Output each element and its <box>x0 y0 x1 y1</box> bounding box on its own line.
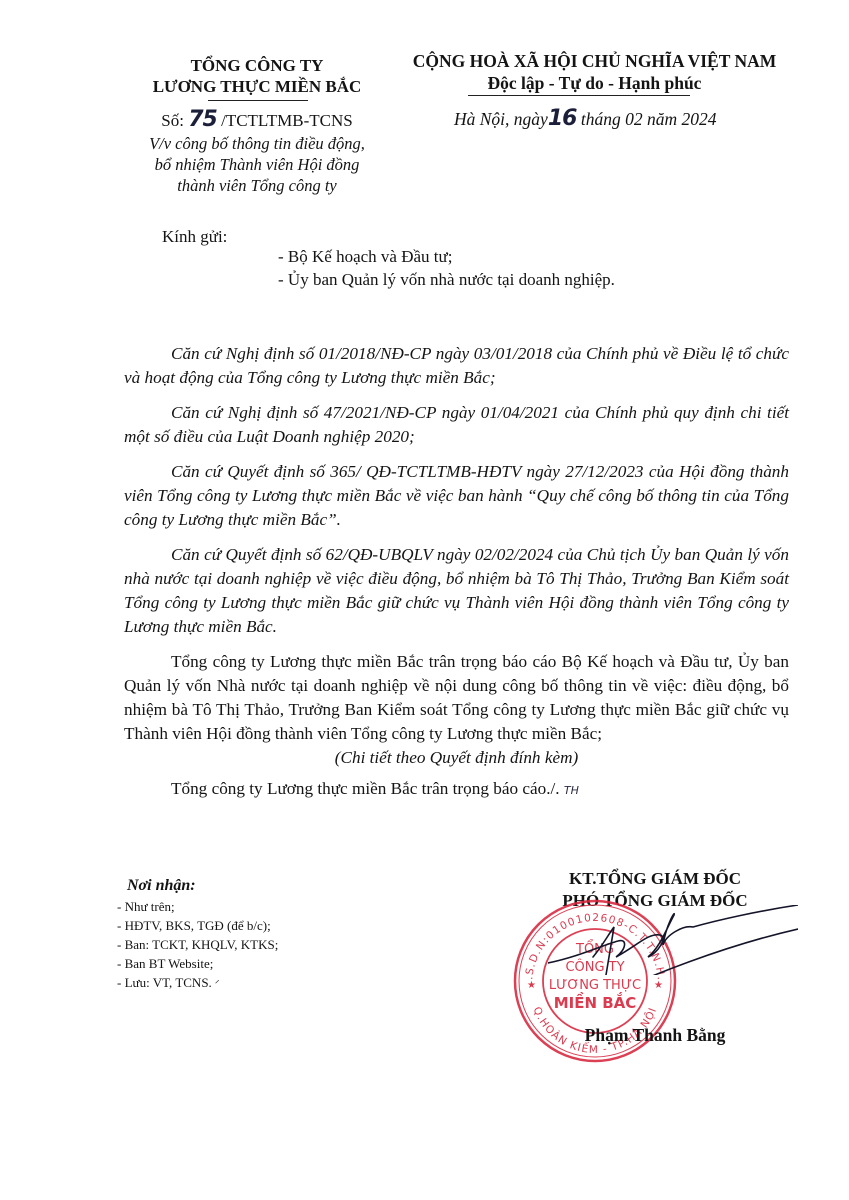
distribution-item: - HĐTV, BKS, TGĐ (để b/c); <box>117 916 278 935</box>
date-prefix: Hà Nội, ngày <box>454 109 548 129</box>
distribution-list: - Như trên; - HĐTV, BKS, TGĐ (để b/c); -… <box>117 897 278 994</box>
legal-basis-paragraph: Căn cứ Quyết định số 365/ QĐ-TCTLTMB-HĐT… <box>124 460 789 532</box>
svg-text:MIỀN BẮC: MIỀN BẮC <box>554 991 637 1012</box>
national-heading: CỘNG HOÀ XÃ HỘI CHỦ NGHĨA VIỆT NAM Độc l… <box>402 50 787 94</box>
distribution-item: - Lưu: VT, TCNS. <box>117 975 212 990</box>
recipient-item: - Ủy ban Quản lý vốn nhà nước tại doanh … <box>278 268 615 291</box>
distribution-item: - Ban BT Website; <box>117 954 278 973</box>
place-and-date: Hà Nội, ngày16 tháng 02 năm 2024 <box>440 107 794 131</box>
national-motto: Độc lập - Tự do - Hạnh phúc <box>402 72 787 94</box>
closing-text: Tổng công ty Lương thực miền Bắc trân tr… <box>171 779 560 798</box>
subject-line: thành viên Tổng công ty <box>112 175 402 196</box>
handwritten-tick-icon: ᐟ <box>215 979 219 990</box>
subject-line: bổ nhiệm Thành viên Hội đồng <box>112 154 402 175</box>
motto-underline <box>468 95 690 96</box>
doc-number-prefix: Số: <box>161 111 184 130</box>
document-body: Căn cứ Nghị định số 01/2018/NĐ-CP ngày 0… <box>124 342 789 803</box>
distribution-item: - Như trên; <box>117 897 278 916</box>
document-subject: V/v công bố thông tin điều động, bổ nhiệ… <box>112 133 402 196</box>
closing-paragraph: Tổng công ty Lương thực miền Bắc trân tr… <box>124 777 789 803</box>
legal-basis-paragraph: Căn cứ Nghị định số 01/2018/NĐ-CP ngày 0… <box>124 342 789 390</box>
doc-number-handwritten: 75 <box>188 107 217 132</box>
issuing-organization: TỔNG CÔNG TY LƯƠNG THỰC MIỀN BẮC <box>112 55 402 97</box>
date-day-handwritten: 16 <box>548 106 577 131</box>
attachment-note: (Chi tiết theo Quyết định đính kèm) <box>124 746 789 770</box>
report-paragraph: Tổng công ty Lương thực miền Bắc trân tr… <box>124 650 789 746</box>
legal-basis-paragraph: Căn cứ Nghị định số 47/2021/NĐ-CP ngày 0… <box>124 401 789 449</box>
nation-name: CỘNG HOÀ XÃ HỘI CHỦ NGHĨA VIỆT NAM <box>402 50 787 72</box>
distribution-label: Nơi nhận: <box>127 877 196 895</box>
subject-line: V/v công bố thông tin điều động, <box>112 133 402 154</box>
recipients-label: Kính gửi: <box>162 227 227 247</box>
svg-text:★: ★ <box>654 980 663 991</box>
document-number: Số: 75 /TCTLTMB-TCNS <box>112 109 402 132</box>
doc-number-suffix: /TCTLTMB-TCNS <box>221 111 353 130</box>
distribution-item: - Ban: TCKT, KHQLV, KTKS; <box>117 935 278 954</box>
signatory-title-line1: KT.TỔNG GIÁM ĐỐC <box>520 868 790 890</box>
org-underline <box>208 100 308 101</box>
legal-basis-paragraph: Căn cứ Quyết định số 62/QĐ-UBQLV ngày 02… <box>124 543 789 639</box>
handwritten-signature-icon <box>548 905 798 975</box>
svg-text:LƯƠNG THỰC: LƯƠNG THỰC <box>549 978 641 993</box>
recipient-item: - Bộ Kế hoạch và Đầu tư; <box>278 245 615 268</box>
distribution-item-last: - Lưu: VT, TCNS. ᐟ <box>117 973 278 994</box>
signer-name: Phạm Thanh Bằng <box>520 1025 790 1046</box>
org-name-line1: TỔNG CÔNG TY <box>112 55 402 76</box>
svg-text:★: ★ <box>527 980 536 991</box>
handwritten-initial: TH <box>564 784 579 797</box>
date-suffix: tháng 02 năm 2024 <box>581 109 717 129</box>
recipients-list: - Bộ Kế hoạch và Đầu tư; - Ủy ban Quản l… <box>278 245 615 291</box>
org-name-line2: LƯƠNG THỰC MIỀN BẮC <box>112 76 402 97</box>
